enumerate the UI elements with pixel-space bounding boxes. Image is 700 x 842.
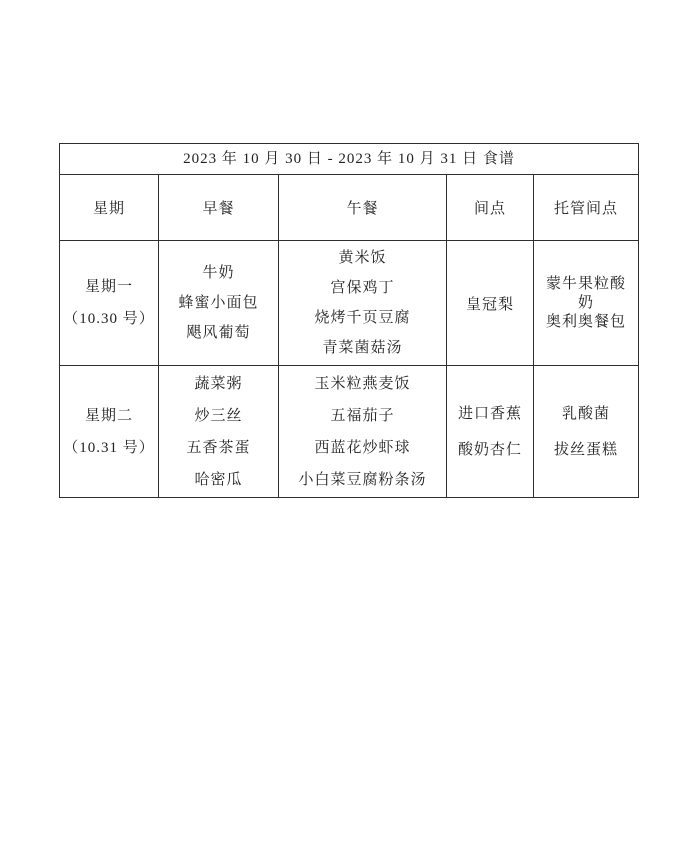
col-header-breakfast: 早餐 <box>159 175 279 241</box>
menu-item: 进口香蕉 <box>447 396 533 432</box>
menu-item: 乳酸菌 <box>534 396 638 432</box>
menu-item: 玉米粒燕麦饭 <box>279 368 446 400</box>
snack-cell: 进口香蕉 酸奶杏仁 <box>447 366 534 498</box>
menu-row-tuesday: 星期二 （10.31 号） 蔬菜粥 炒三丝 五香茶蛋 哈密瓜 玉米粒燕麦饭 五福… <box>60 366 639 498</box>
breakfast-cell: 蔬菜粥 炒三丝 五香茶蛋 哈密瓜 <box>159 366 279 498</box>
day-label: 星期一 <box>60 271 158 303</box>
menu-item: 小白菜豆腐粉条汤 <box>279 464 446 496</box>
menu-item: 五香茶蛋 <box>159 432 278 464</box>
menu-item: 蔬菜粥 <box>159 368 278 400</box>
menu-item: 飓风葡萄 <box>159 318 278 348</box>
date-label: （10.31 号） <box>60 432 158 464</box>
lunch-cell: 玉米粒燕麦饭 五福茄子 西蓝花炒虾球 小白菜豆腐粉条汤 <box>279 366 447 498</box>
menu-item: 奥利奥餐包 <box>534 313 638 332</box>
col-header-snack: 间点 <box>447 175 534 241</box>
col-header-day: 星期 <box>60 175 159 241</box>
menu-item: 烧烤千页豆腐 <box>279 303 446 333</box>
col-header-daycare-snack: 托管间点 <box>534 175 639 241</box>
document-page: 2023 年 10 月 30 日 - 2023 年 10 月 31 日 食谱 星… <box>0 0 700 842</box>
date-label: （10.30 号） <box>60 303 158 335</box>
menu-table: 2023 年 10 月 30 日 - 2023 年 10 月 31 日 食谱 星… <box>59 143 639 498</box>
day-label: 星期二 <box>60 400 158 432</box>
title-row: 2023 年 10 月 30 日 - 2023 年 10 月 31 日 食谱 <box>60 144 639 175</box>
menu-item: 酸奶杏仁 <box>447 432 533 468</box>
menu-item: 牛奶 <box>159 258 278 288</box>
menu-item: 蒙牛果粒酸奶 <box>545 275 627 313</box>
menu-item: 五福茄子 <box>279 400 446 432</box>
menu-item: 蜂蜜小面包 <box>159 288 278 318</box>
menu-item: 宫保鸡丁 <box>279 273 446 303</box>
lunch-cell: 黄米饭 宫保鸡丁 烧烤千页豆腐 青菜菌菇汤 <box>279 241 447 366</box>
menu-item: 炒三丝 <box>159 400 278 432</box>
menu-item: 哈密瓜 <box>159 464 278 496</box>
daycare-snack-cell: 蒙牛果粒酸奶 奥利奥餐包 <box>534 241 639 366</box>
snack-cell: 皇冠梨 <box>447 241 534 366</box>
menu-row-monday: 星期一 （10.30 号） 牛奶 蜂蜜小面包 飓风葡萄 黄米饭 宫保鸡丁 烧烤千… <box>60 241 639 366</box>
breakfast-cell: 牛奶 蜂蜜小面包 飓风葡萄 <box>159 241 279 366</box>
menu-item: 青菜菌菇汤 <box>279 333 446 363</box>
col-header-lunch: 午餐 <box>279 175 447 241</box>
menu-item: 拔丝蛋糕 <box>534 432 638 468</box>
daycare-snack-cell: 乳酸菌 拔丝蛋糕 <box>534 366 639 498</box>
table-title: 2023 年 10 月 30 日 - 2023 年 10 月 31 日 食谱 <box>60 144 639 175</box>
day-cell: 星期二 （10.31 号） <box>60 366 159 498</box>
menu-item: 西蓝花炒虾球 <box>279 432 446 464</box>
day-cell: 星期一 （10.30 号） <box>60 241 159 366</box>
header-row: 星期 早餐 午餐 间点 托管间点 <box>60 175 639 241</box>
menu-item: 黄米饭 <box>279 243 446 273</box>
menu-item: 皇冠梨 <box>447 293 533 314</box>
